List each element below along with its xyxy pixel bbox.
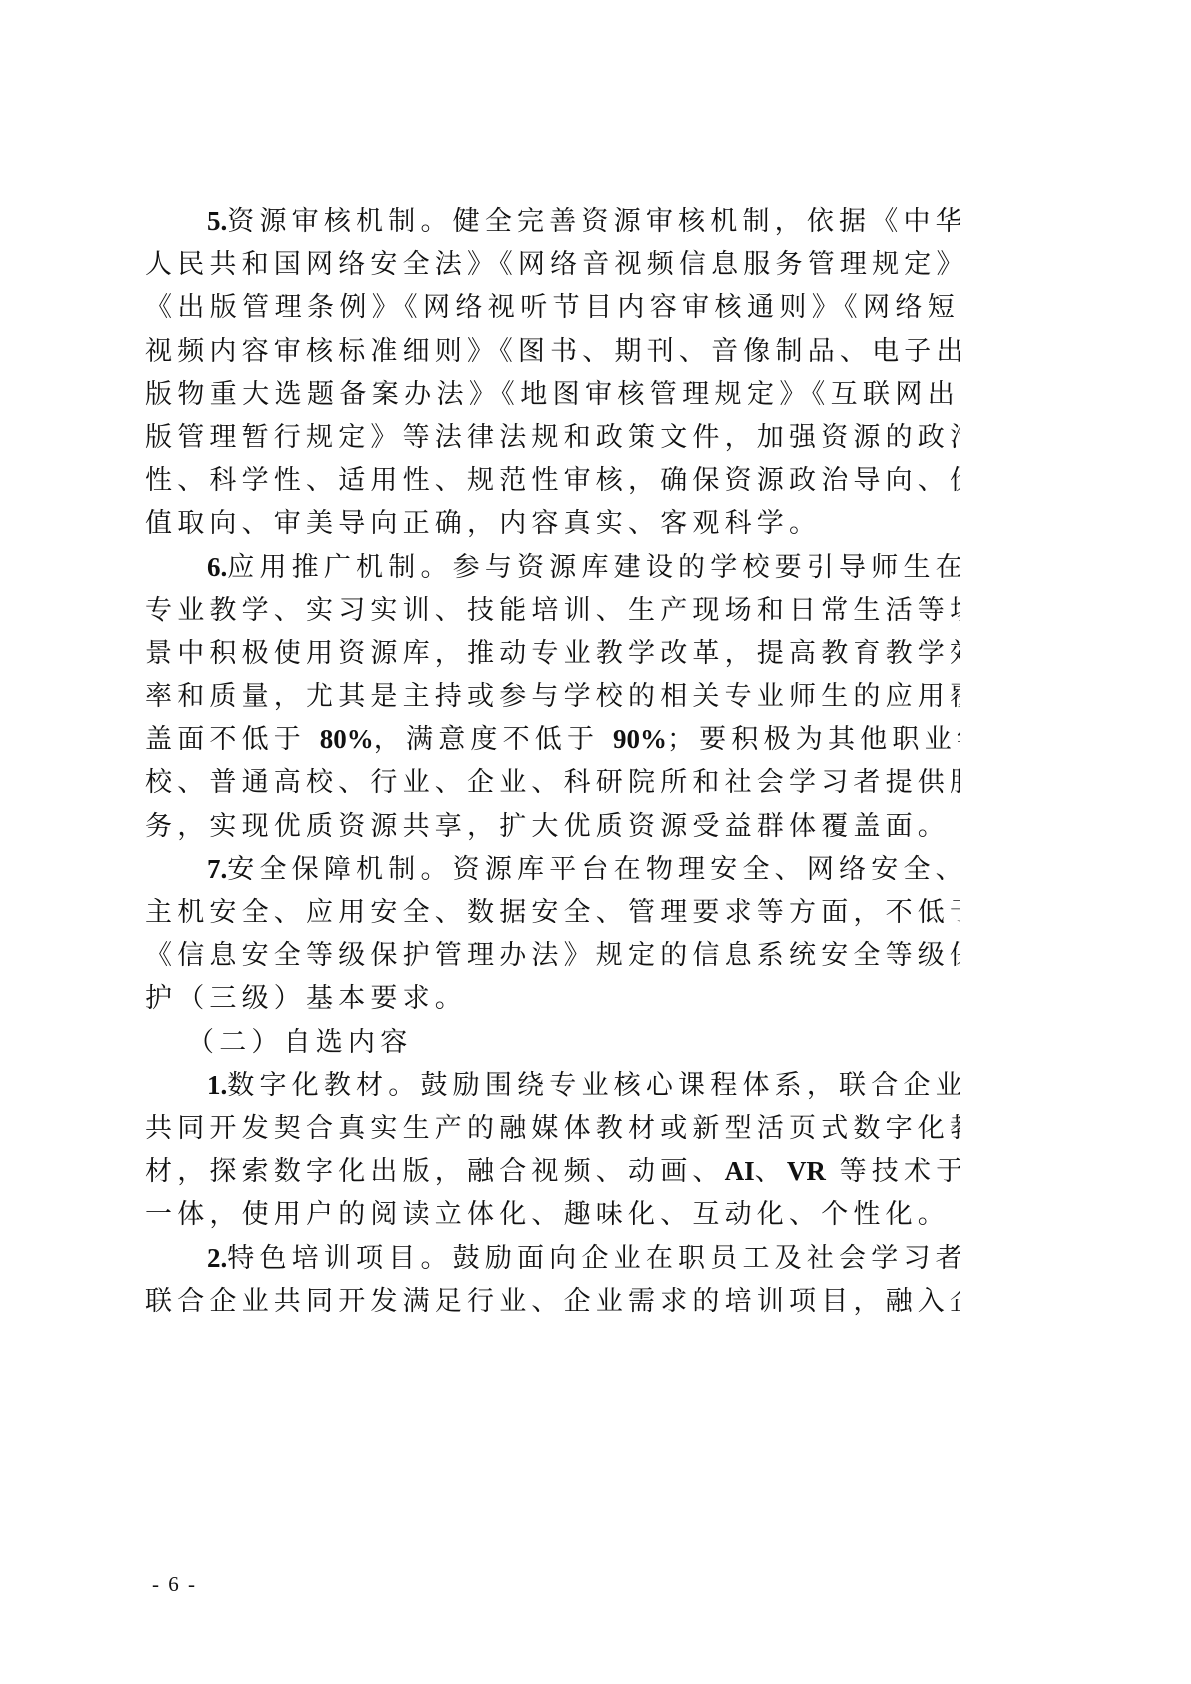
item-number: 5. [207, 206, 227, 236]
text-line: 5.资源审核机制。健全完善资源审核机制，依据《中华 [145, 200, 960, 243]
coverage-stat: 80% [320, 724, 374, 754]
text-line: 护（三级）基本要求。 [145, 977, 960, 1020]
text-line: 《信息安全等级保护管理办法》规定的信息系统安全等级保 [145, 934, 960, 977]
text-line: 2.特色培训项目。鼓励面向企业在职员工及社会学习者， [145, 1237, 960, 1280]
text-line: 版管理暂行规定》等法律法规和政策文件，加强资源的政治 [145, 416, 960, 459]
page-number: - 6 - [152, 1572, 197, 1597]
text-line: 联合企业共同开发满足行业、企业需求的培训项目，融入企 [145, 1280, 960, 1323]
text-line: 材，探索数字化出版，融合视频、动画、AI、VR 等技术于 [145, 1150, 960, 1193]
text-line: 6.应用推广机制。参与资源库建设的学校要引导师生在 [145, 546, 960, 589]
text-line: 盖面不低于 80%，满意度不低于 90%；要积极为其他职业学 [145, 718, 960, 761]
text-line: 值取向、审美导向正确，内容真实、客观科学。 [145, 502, 960, 545]
item-number: 2. [207, 1243, 227, 1273]
text-line: 率和质量，尤其是主持或参与学校的相关专业师生的应用覆 [145, 675, 960, 718]
item-number: 6. [207, 552, 227, 582]
paragraph-security-assurance: 7.安全保障机制。资源库平台在物理安全、网络安全、 主机安全、应用安全、数据安全… [145, 848, 960, 1021]
text-line: 人民共和国网络安全法》《网络音视频信息服务管理规定》 [145, 243, 960, 286]
document-page: 5.资源审核机制。健全完善资源审核机制，依据《中华 人民共和国网络安全法》《网络… [0, 0, 1191, 1684]
paragraph-application-promotion: 6.应用推广机制。参与资源库建设的学校要引导师生在 专业教学、实习实训、技能培训… [145, 546, 960, 848]
term-vr: VR [787, 1156, 826, 1186]
text-line: 务，实现优质资源共享，扩大优质资源受益群体覆盖面。 [145, 805, 960, 848]
text-line: 一体，使用户的阅读立体化、趣味化、互动化、个性化。 [145, 1193, 960, 1236]
text-line: 景中积极使用资源库，推动专业教学改革，提高教育教学效 [145, 632, 960, 675]
satisfaction-stat: 90% [613, 724, 667, 754]
text-line: 共同开发契合真实生产的融媒体教材或新型活页式数字化教 [145, 1107, 960, 1150]
text-line: 7.安全保障机制。资源库平台在物理安全、网络安全、 [145, 848, 960, 891]
text-line: 1.数字化教材。鼓励围绕专业核心课程体系，联合企业 [145, 1064, 960, 1107]
term-ai: AI [725, 1156, 755, 1186]
item-number: 7. [207, 854, 227, 884]
text-line: 专业教学、实习实训、技能培训、生产现场和日常生活等场 [145, 589, 960, 632]
text-line: 主机安全、应用安全、数据安全、管理要求等方面，不低于 [145, 891, 960, 934]
text-line: 《出版管理条例》《网络视听节目内容审核通则》《网络短 [145, 286, 960, 329]
paragraph-digital-textbook: 1.数字化教材。鼓励围绕专业核心课程体系，联合企业 共同开发契合真实生产的融媒体… [145, 1064, 960, 1237]
text-line: 性、科学性、适用性、规范性审核，确保资源政治导向、价 [145, 459, 960, 502]
text-line: 视频内容审核标准细则》《图书、期刊、音像制品、电子出 [145, 330, 960, 373]
text-line: 校、普通高校、行业、企业、科研院所和社会学习者提供服 [145, 761, 960, 804]
item-number: 1. [207, 1070, 227, 1100]
paragraph-training-project: 2.特色培训项目。鼓励面向企业在职员工及社会学习者， 联合企业共同开发满足行业、… [145, 1237, 960, 1323]
paragraph-resource-review: 5.资源审核机制。健全完善资源审核机制，依据《中华 人民共和国网络安全法》《网络… [145, 200, 960, 546]
text-line: 版物重大选题备案办法》《地图审核管理规定》《互联网出 [145, 373, 960, 416]
section-heading: （二）自选内容 [145, 1021, 960, 1064]
document-body: 5.资源审核机制。健全完善资源审核机制，依据《中华 人民共和国网络安全法》《网络… [145, 200, 960, 1323]
